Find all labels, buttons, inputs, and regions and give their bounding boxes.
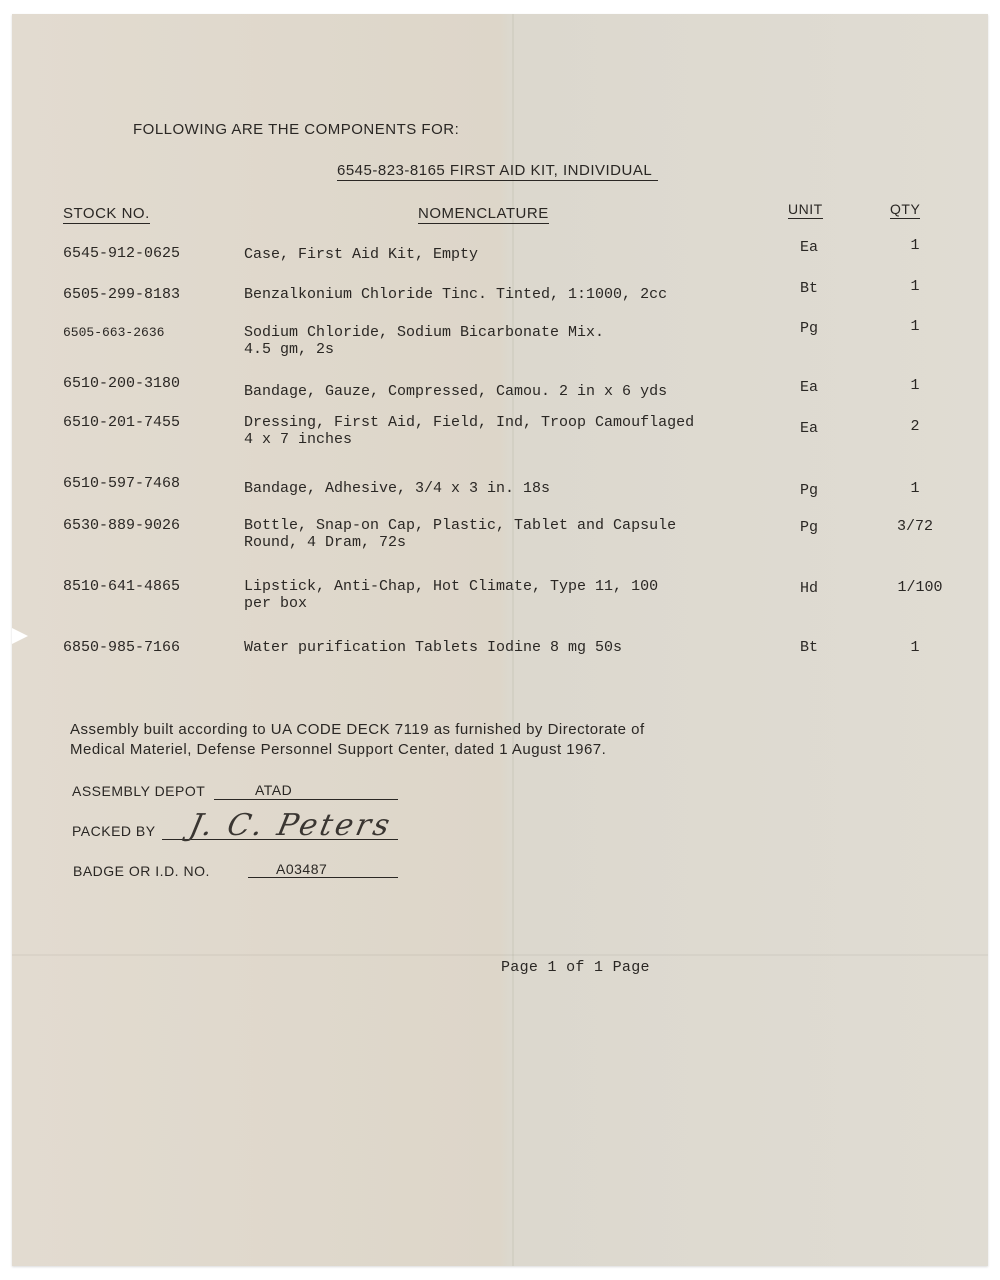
quantity: 1 (880, 377, 950, 394)
stock-number: 6505-299-8183 (63, 286, 180, 303)
unit: Bt (800, 280, 818, 297)
kit-title: 6545-823-8165 FIRST AID KIT, INDIVIDUAL (337, 162, 658, 181)
page-number: Page 1 of 1 Page (501, 959, 650, 976)
stock-number: 8510-641-4865 (63, 578, 180, 595)
unit: Pg (800, 320, 818, 337)
nomenclature: Bandage, Gauze, Compressed, Camou. 2 in … (244, 383, 667, 400)
stock-number: 6545-912-0625 (63, 245, 180, 262)
horizontal-fold-crease (12, 954, 988, 956)
quantity: 1 (880, 237, 950, 254)
unit: Bt (800, 639, 818, 656)
assembly-depot-value: ATAD (255, 782, 292, 798)
assembly-depot-label: ASSEMBLY DEPOT (72, 783, 205, 799)
unit: Pg (800, 482, 818, 499)
column-header-stock: STOCK NO. (63, 205, 150, 224)
column-header-nomenclature: NOMENCLATURE (418, 205, 549, 224)
badge-id-line (248, 877, 398, 878)
stock-number: 6530-889-9026 (63, 517, 180, 534)
quantity: 1 (880, 480, 950, 497)
quantity: 1 (880, 318, 950, 335)
unit: Pg (800, 519, 818, 536)
packed-by-label: PACKED BY (72, 823, 156, 839)
assembly-note-line-1: Assembly built according to UA CODE DECK… (70, 721, 645, 738)
stock-number: 6510-201-7455 (63, 414, 180, 431)
nomenclature: Lipstick, Anti-Chap, Hot Climate, Type 1… (244, 578, 658, 612)
quantity: 1 (880, 639, 950, 656)
column-header-qty: QTY (890, 201, 920, 219)
quantity: 3/72 (880, 518, 950, 535)
nomenclature: Bottle, Snap-on Cap, Plastic, Tablet and… (244, 517, 676, 551)
nomenclature: Sodium Chloride, Sodium Bicarbonate Mix.… (244, 324, 604, 358)
nomenclature: Benzalkonium Chloride Tinc. Tinted, 1:10… (244, 286, 667, 303)
stock-number: 6510-597-7468 (63, 475, 180, 492)
packer-signature: J. C. Peters (186, 808, 395, 843)
badge-id-value: A03487 (276, 861, 327, 877)
unit: Hd (800, 580, 818, 597)
nomenclature: Case, First Aid Kit, Empty (244, 246, 478, 263)
badge-id-label: BADGE OR I.D. NO. (73, 863, 210, 879)
nomenclature: Dressing, First Aid, Field, Ind, Troop C… (244, 414, 694, 448)
stock-number: 6505-663-2636 (63, 324, 164, 341)
quantity: 2 (880, 418, 950, 435)
edge-tear (12, 628, 28, 644)
stock-number: 6850-985-7166 (63, 639, 180, 656)
quantity: 1 (880, 278, 950, 295)
unit: Ea (800, 239, 818, 256)
nomenclature: Bandage, Adhesive, 3/4 x 3 in. 18s (244, 480, 550, 497)
column-header-unit: UNIT (788, 201, 823, 219)
unit: Ea (800, 379, 818, 396)
quantity: 1/100 (885, 579, 955, 596)
assembly-note-line-2: Medical Materiel, Defense Personnel Supp… (70, 741, 606, 758)
assembly-depot-line (214, 799, 398, 800)
intro-heading: FOLLOWING ARE THE COMPONENTS FOR: (133, 121, 459, 138)
nomenclature: Water purification Tablets Iodine 8 mg 5… (244, 639, 622, 656)
stock-number: 6510-200-3180 (63, 375, 180, 392)
unit: Ea (800, 420, 818, 437)
